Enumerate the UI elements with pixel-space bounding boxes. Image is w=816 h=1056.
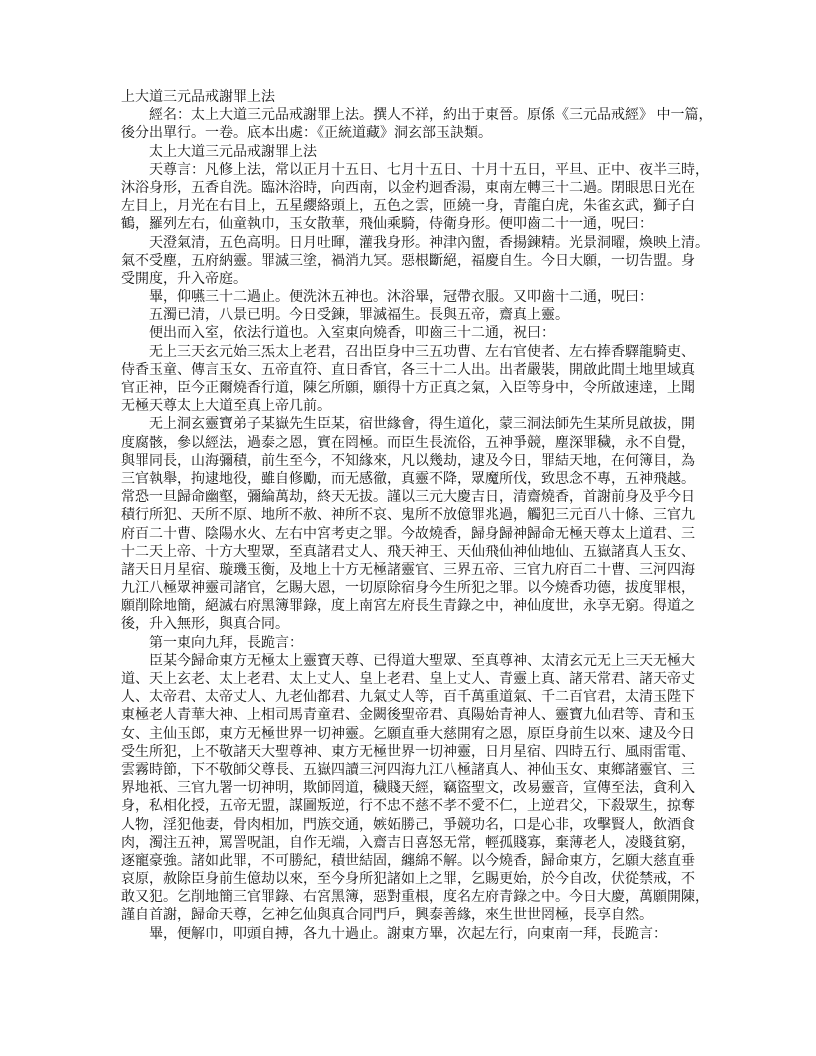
text-line: 諸天日月星宿、璇璣玉衡，及地上十方无極諸靈官、三界五帝、三官九府百二十曹、三河四… xyxy=(121,562,703,580)
text-line: 侍香玉童、傳言玉女、五帝直符、直日香官，各三十二人出。出者嚴裝，開啟此間土地里域… xyxy=(121,362,703,380)
text-line: 左目上，月光在右目上，五星纓絡頭上，五色之雲，匝繞一身，青龍白虎，朱雀玄武，獅子… xyxy=(121,198,703,216)
text-line: 臣某今歸命東方无極太上靈寶天尊、已得道大聖眾、至真尊神、太清玄元无上三天无極大 xyxy=(121,653,703,671)
text-line: 府百二十曹、陰陽水火、左右中宮考吏之罪。今故燒香，歸身歸神歸命无極天尊太上道君、… xyxy=(121,526,703,544)
text-line: 哀原，赦除臣身前生億劫以來，至今身所犯諸如上之罪，乞賜更始，於今自改，伏從禁戒，… xyxy=(121,871,703,889)
text-line: 氣不受塵，五府納靈。罪滅三塗，禍消九冥。惡根斷絕，福慶自生。今日大願，一切告盟。… xyxy=(121,253,703,271)
text-line: 十二天上帝、十方大聖眾，至真諸君丈人、飛天神王、天仙飛仙神仙地仙、五嶽諸真人玉女… xyxy=(121,544,703,562)
text-line: 无極天尊太上大道至真上帝几前。 xyxy=(121,398,703,416)
text-line: 敢又犯。乞削地簡三官罪錄、右宮黑簿，惡對重根，度名左府青錄之中。今日大慶，萬願開… xyxy=(121,889,703,907)
text-line: 身，私相化授，五帝无盟，謀圖叛逆，行不忠不慈不孝不愛不仁，上逆君父，下殺眾生，掠… xyxy=(121,798,703,816)
text-line: 願削除地簡，絕滅右府黑簿罪錄，度上南宮左府長生青錄之中，神仙度世，永享无窮。得道… xyxy=(121,598,703,616)
document-body: 上大道三元品戒謝罪上法經名：太上大道三元品戒謝罪上法。撰人不祥，約出于東晉。原係… xyxy=(121,89,703,944)
text-line: 无上洞玄靈寶弟子某嶽先生臣某，宿世緣會，得生道化，蒙三洞法師先生某所見啟拔，開 xyxy=(121,416,703,434)
text-line: 畢，仰嚥三十二過止。便洗沐五神也。沐浴畢，冠帶衣服。又叩齒十二通，呪曰： xyxy=(121,289,703,307)
text-line: 沐浴身形，五香自洗。臨沐浴時，向西南，以金杓迴香湯，東南左轉三十二過。閉眼思日光… xyxy=(121,180,703,198)
document-page: 上大道三元品戒謝罪上法經名：太上大道三元品戒謝罪上法。撰人不祥，約出于東晉。原係… xyxy=(0,0,816,1056)
text-line: 東極老人青華大神、上相司馬青童君、金闕後聖帝君、真陽始青神人、靈寶九仙君等、青和… xyxy=(121,707,703,725)
text-line: 肉，濁注五神，罵詈呪詛，自作无端，入齋吉日喜怒无常，輕孤賤寡，棄薄老人，凌賤貧窮… xyxy=(121,835,703,853)
text-line: 鶴，羅列左右，仙童執巾，玉女散華，飛仙乘騎，侍衛身形。便叩齒二十一通，呪曰： xyxy=(121,216,703,234)
text-line: 人物，淫犯他妻，骨肉相加，門族交通，嫉妬勝己，爭競功名，口是心非，攻擊賢人，飲酒… xyxy=(121,817,703,835)
text-line: 三官執舉，拘逮地役，雖自修勵，而无感徹，真靈不降，眾魔所伐，致思念不專，五神飛越… xyxy=(121,471,703,489)
text-line: 畢，便解巾，叩頭自搏，各九十過止。謝東方畢，次起左行，向東南一拜，長跪言： xyxy=(121,926,703,944)
text-line: 九江八極眾神靈司諸官，乞賜大恩，一切原除宿身今生所犯之罪。以今燒香功德，拔度罪根… xyxy=(121,580,703,598)
text-line: 女、主仙玉郎，東方无極世界一切神靈。乞願直垂大慈開宥之恩，原臣身前生以來、逮及今… xyxy=(121,726,703,744)
text-line: 便出而入室，依法行道也。入室東向燒香，叩齒三十二通，祝曰： xyxy=(121,325,703,343)
text-line: 天尊言：凡修上法，常以正月十五日、七月十五日、十月十五日，平旦、正中、夜半三時， xyxy=(121,162,703,180)
text-line: 與罪同長，山海彌積，前生至今，不知緣來，凡以幾劫，逮及今日，罪結天地，在何簿目，… xyxy=(121,453,703,471)
text-line: 受生所犯，上不敬諸天大聖尊神、東方无極世界一切神靈，日月星宿、四時五行、風雨雷電… xyxy=(121,744,703,762)
text-line: 太上大道三元品戒謝罪上法 xyxy=(121,144,703,162)
text-line: 逐寵豪強。諸如此罪，不可勝紀，積世結固，纏綿不解。以今燒香，歸命東方，乞願大慈直… xyxy=(121,853,703,871)
text-line: 後分出單行。一卷。底本出處：《正統道藏》洞玄部玉訣類。 xyxy=(121,125,703,143)
text-line: 官正神，臣今正爾燒香行道，陳乞所願，願得十方正真之氣，入臣等身中，令所啟速達，上… xyxy=(121,380,703,398)
text-line: 後，升入無形，與真合同。 xyxy=(121,616,703,634)
text-line: 人、太帝君、太帝丈人、九老仙都君、九氣丈人等，百千萬重道氣、千二百官君，太清玉陛… xyxy=(121,689,703,707)
text-line: 受開度，升入帝庭。 xyxy=(121,271,703,289)
text-line: 无上三天玄元始三炁太上老君，召出臣身中三五功曹、左右官使者、左右捧香驛龍騎吏、 xyxy=(121,344,703,362)
text-line: 常恐一旦歸命幽壑，彌綸萬劫，終天无拔。謹以三元大慶吉日，清齋燒香，首謝前身及乎今… xyxy=(121,489,703,507)
text-line: 道、天上玄老、太上老君、太上丈人、皇上老君、皇上丈人、青靈上真、諸天常君、諸天帝… xyxy=(121,671,703,689)
text-line: 界地祇、三官九署一切神明，欺師罔道，穢賤天經，竊盜聖文，改易靈音，宣傳至法，貪利… xyxy=(121,780,703,798)
text-line: 雲霧時節，下不敬師父尊長、五嶽四讀三河四海九江八極諸真人、神仙玉女、東鄉諸靈官、… xyxy=(121,762,703,780)
text-line: 第一東向九拜，長跪言： xyxy=(121,635,703,653)
text-line: 謹自首謝，歸命天尊，乞神乞仙與真合同門戶，興泰善緣，來生世世罔極，長享自然。 xyxy=(121,907,703,925)
text-line: 天澄氣清，五色高明。日月吐暉，灌我身形。神津內盥，香揚鍊精。光景洞曜，煥映上清。 xyxy=(121,235,703,253)
text-line: 五濁已清，八景已明。今日受鍊，罪滅福生。長與五帝，齋真上靈。 xyxy=(121,307,703,325)
text-line: 積行所犯、天所不原、地所不赦、神所不哀、鬼所不放億罪兆過，觸犯三元百八十條、三官… xyxy=(121,507,703,525)
text-line: 經名：太上大道三元品戒謝罪上法。撰人不祥，約出于東晉。原係《三元品戒經》 中一篇… xyxy=(121,107,703,125)
text-line: 度腐骸，參以經法，過泰之恩，實在罔極。而臣生長流俗，五神爭競，塵深罪穢，永不自覺… xyxy=(121,435,703,453)
document-title-line: 上大道三元品戒謝罪上法 xyxy=(121,89,703,107)
